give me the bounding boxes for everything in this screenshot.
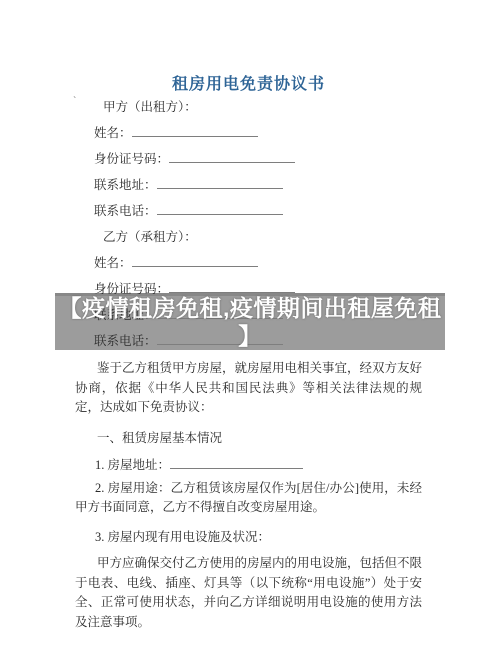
- party-a-phone-row: 联系电话：: [75, 198, 422, 224]
- facilities-paragraph: 甲方应确保交付乙方使用的房屋内的用电设施，包括但不限于电表、电线、插座、灯具等（…: [75, 554, 422, 632]
- field-underline: [157, 202, 283, 215]
- field-label: 身份证号码：: [94, 152, 169, 166]
- field-label: 姓名：: [94, 126, 132, 140]
- contract-document: 租房用电免责协议书 甲方（出租方）： 姓名： 身份证号码： 联系地址： 联系电话…: [0, 76, 500, 632]
- field-underline: [157, 176, 283, 189]
- preamble-paragraph: 鉴于乙方租赁甲方房屋，就房屋用电相关事宜，经双方友好协商，依据《中华人民共和国民…: [75, 359, 422, 418]
- section-1-heading: 一、租赁房屋基本情况: [75, 430, 422, 446]
- field-underline: [170, 456, 303, 469]
- item-1-label: 1. 房屋地址：: [95, 458, 170, 472]
- field-underline: [169, 280, 295, 293]
- party-a-address-row: 联系地址：: [75, 172, 422, 198]
- party-a-heading-label: 甲方（出租方）：: [103, 100, 197, 114]
- item-3-facilities-heading: 3. 房屋内现有用电设施及状况：: [75, 530, 422, 545]
- document-title: 租房用电免责协议书: [75, 76, 422, 94]
- party-a-name-row: 姓名：: [75, 120, 422, 146]
- item-1-house-address-row: 1. 房屋地址：: [75, 456, 422, 473]
- field-underline: [132, 124, 258, 137]
- party-b-name-row: 姓名：: [75, 250, 422, 276]
- field-label: 联系地址：: [94, 178, 157, 192]
- field-underline: [169, 150, 295, 163]
- watermark-caption-line2: 】: [55, 322, 445, 350]
- watermark-caption-line1: 【疫情租房免租,疫情期间出租屋免租: [55, 294, 445, 322]
- field-label: 姓名：: [94, 256, 132, 270]
- party-a-heading: 甲方（出租方）：: [75, 94, 422, 120]
- field-underline: [132, 254, 258, 267]
- watermark-caption: 【疫情租房免租,疫情期间出租屋免租 】: [55, 293, 445, 350]
- party-b-heading: 乙方（承租方）：: [75, 224, 422, 250]
- field-label: 联系电话：: [94, 204, 157, 218]
- item-2-house-usage-paragraph: 2. 房屋用途：乙方租赁该房屋仅作为[居住/办公]使用，未经甲方书面同意，乙方不…: [75, 479, 422, 518]
- party-b-heading-label: 乙方（承租方）：: [103, 230, 197, 244]
- party-a-id-row: 身份证号码：: [75, 146, 422, 172]
